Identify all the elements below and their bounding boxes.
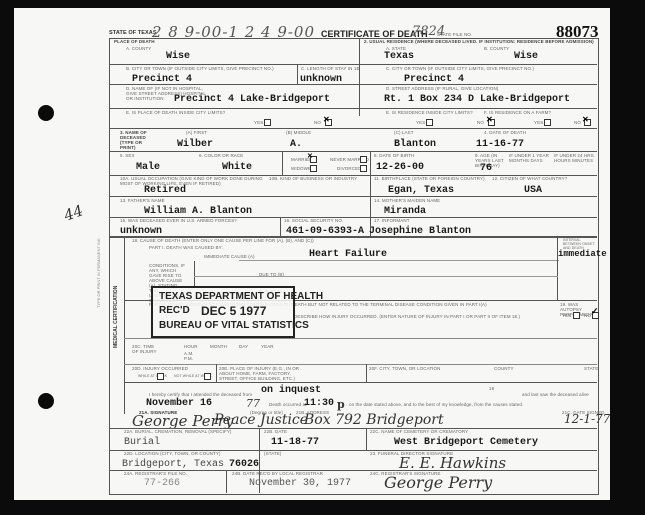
date-received-label: 24b. DATE REC'D BY LOCAL REGISTRAR bbox=[232, 471, 323, 476]
divider bbox=[109, 64, 359, 65]
citizen-value: USA bbox=[524, 185, 542, 196]
autopsy-yes-checkbox[interactable] bbox=[573, 312, 580, 319]
divider bbox=[109, 196, 597, 197]
date-of-birth-label: 8. DATE OF BIRTH bbox=[374, 153, 414, 158]
ampm-value: p bbox=[337, 398, 345, 411]
under-1-year-label: IF UNDER 1 YEAR Months Days bbox=[509, 153, 549, 163]
state-file-label: STATE FILE NO. bbox=[437, 32, 472, 37]
date-received-value: November 30, 1977 bbox=[249, 478, 351, 489]
day-label: Day bbox=[239, 344, 248, 349]
interval-value: immediate bbox=[558, 249, 607, 259]
last-saw-text: and last saw the deceased alive bbox=[522, 392, 589, 397]
location-label: 22d. LOCATION (City, town, or county) bbox=[124, 451, 221, 456]
birthplace-value: Egan, Texas bbox=[388, 185, 454, 196]
father-name-value: William A. Blanton bbox=[144, 206, 252, 217]
divider bbox=[359, 64, 597, 65]
burial-date-value: 11-18-77 bbox=[271, 437, 319, 448]
res-city-yes-checkbox[interactable] bbox=[426, 119, 433, 126]
underline bbox=[239, 260, 559, 261]
x-mark-icon: ✕ bbox=[582, 115, 589, 124]
divider bbox=[109, 84, 359, 85]
hour-label: Hour bbox=[184, 344, 198, 349]
middle-name-label: (b) Middle bbox=[286, 130, 311, 135]
industry-label: 10b. KIND OF BUSINESS OR INDUSTRY bbox=[269, 176, 357, 181]
place-of-death-label: PLACE OF DEATH bbox=[114, 39, 155, 44]
immediate-cause-label: IMMEDIATE CAUSE (a) bbox=[204, 254, 255, 259]
occupation-value: Retired bbox=[144, 185, 186, 196]
autopsy-no-label: NO bbox=[584, 313, 591, 318]
divorced-label: Divorced bbox=[337, 166, 362, 171]
cemetery-label: 22c. NAME OF CEMETERY OR CREMATORY bbox=[370, 429, 468, 434]
divider bbox=[124, 338, 597, 339]
armed-forces-label: 15. WAS DECEASED EVER IN U.S. ARMED FORC… bbox=[120, 218, 237, 223]
mother-name-label: 14. MOTHER'S MAIDEN NAME bbox=[374, 198, 440, 203]
knowledge-text: on the date stated above, and to the bes… bbox=[349, 402, 523, 407]
x-mark-icon: ✕ bbox=[486, 115, 493, 124]
farm-yes-checkbox[interactable] bbox=[544, 119, 551, 126]
death-certificate-page: STATE OF TEXAS 2 8 9-00-1 2 4 9-00 CERTI… bbox=[14, 8, 610, 500]
occupation-label: 10a. USUAL OCCUPATION (Give kind of work… bbox=[120, 176, 270, 186]
certify-text: I hereby certify that I attended the dec… bbox=[149, 392, 252, 397]
res-inside-city-label: e. IS RESIDENCE INSIDE CITY LIMITS? bbox=[386, 110, 473, 115]
cemetery-value: West Bridgeport Cemetery bbox=[394, 437, 538, 448]
res-farm-label: f. IS RESIDENCE ON A FARM? bbox=[484, 110, 551, 115]
first-name-label: (a) First bbox=[186, 130, 207, 135]
registrar-file-value: 77-266 bbox=[144, 478, 180, 489]
x-mark-icon: ✕ bbox=[307, 152, 313, 160]
margin-vertical-text: TYPE OR PRINT IN PERMANENT INK bbox=[96, 238, 101, 308]
medical-certification-label: MEDICAL CERTIFICATION bbox=[113, 286, 119, 348]
state-of-texas-label: STATE OF TEXAS bbox=[109, 30, 157, 36]
place-of-injury-label: 20e. PLACE OF INJURY (e.g., in or about … bbox=[219, 366, 309, 381]
divider bbox=[359, 84, 597, 85]
res-county-value: Wise bbox=[514, 51, 538, 62]
divider bbox=[282, 151, 283, 175]
stamp-date: DEC 5 1977 bbox=[201, 304, 266, 318]
attended-from-value: on inquest bbox=[261, 385, 321, 396]
physician-title: Peace Justice bbox=[214, 412, 308, 428]
usual-residence-label: 2. USUAL RESIDENCE (Where deceased lived… bbox=[364, 39, 594, 44]
res-city-yes-label: YES bbox=[416, 120, 425, 125]
registrar-signature: George Perry bbox=[384, 473, 492, 492]
burial-label: 22a. BURIAL, CREMATION, REMOVAL (Specify… bbox=[124, 429, 232, 434]
received-stamp: TEXAS DEPARTMENT OF HEALTH REC'D DEC 5 1… bbox=[151, 286, 295, 338]
last-name-value: Blanton bbox=[394, 139, 436, 150]
res-state-value: Texas bbox=[384, 51, 414, 62]
immediate-cause-value: Heart Failure bbox=[309, 249, 387, 260]
date-signed-value: 12-1-77 bbox=[564, 412, 610, 426]
first-name-value: Wilber bbox=[177, 139, 213, 150]
place-county-value: Wise bbox=[166, 51, 190, 62]
name-of-deceased-label: 3. NAME OF DECEASED (Type or print) bbox=[120, 130, 150, 150]
farm-no-checkbox[interactable]: ✕ bbox=[584, 119, 591, 126]
injury-city-label: 20f. CITY, TOWN, OR LOCATION bbox=[369, 366, 440, 371]
physician-address: Box 792 Bridgeport bbox=[304, 412, 444, 428]
res-street-value: Rt. 1 Box 234 D Lake-Bridgeport bbox=[384, 94, 570, 105]
date-of-birth-value: 12-26-00 bbox=[376, 162, 424, 173]
citizen-label: 12. CITIZEN OF WHAT COUNTRY? bbox=[492, 176, 567, 181]
divider bbox=[366, 428, 367, 450]
zip-value: 76026 bbox=[229, 459, 259, 470]
city-label: b. CITY OR TOWN (If outside city limits,… bbox=[126, 66, 274, 71]
margin-handwritten-mark: 44 bbox=[61, 201, 85, 224]
res-county-label: b. COUNTY bbox=[484, 46, 509, 51]
sex-label: 5. SEX bbox=[120, 153, 135, 158]
divorced-checkbox[interactable] bbox=[360, 165, 367, 172]
injury-description-label: DESCRIBE HOW INJURY OCCURRED. (Enter nat… bbox=[294, 314, 520, 319]
divider bbox=[370, 151, 371, 175]
last-name-label: (c) Last bbox=[394, 130, 414, 135]
burial-value: Burial bbox=[124, 437, 160, 448]
date-of-death-value: 11-16-77 bbox=[476, 139, 524, 150]
under-24-hrs-label: IF UNDER 24 HRS. Hours Minutes bbox=[554, 153, 596, 163]
mother-name-value: Miranda bbox=[384, 206, 426, 217]
res-city-no-checkbox[interactable]: ✕ bbox=[488, 119, 495, 126]
check-mark-icon: ✓ bbox=[591, 306, 599, 317]
injury-state-label: STATE bbox=[584, 366, 598, 371]
race-label: 6. COLOR OR RACE bbox=[199, 153, 243, 158]
part1-label: PART I. DEATH WAS CAUSED BY: bbox=[149, 245, 223, 250]
informant-label: 17. INFORMANT bbox=[374, 218, 410, 223]
divider bbox=[194, 261, 195, 287]
birthplace-label: 11. BIRTHPLACE (State or foreign country… bbox=[374, 176, 485, 181]
year-label: Year bbox=[261, 344, 274, 349]
autopsy-no-checkbox[interactable]: ✓ bbox=[592, 312, 599, 319]
inside-city-no-checkbox[interactable]: ✕ bbox=[325, 119, 332, 126]
time-of-injury-label: 20c. TIME OF INJURY bbox=[132, 344, 162, 354]
am-pm-label: a.m. p.m. bbox=[184, 351, 194, 361]
age-value: 76 bbox=[480, 163, 492, 174]
punch-hole-bottom bbox=[38, 393, 54, 409]
divider bbox=[124, 364, 597, 365]
injury-occurred-label: 20d. INJURY OCCURRED bbox=[132, 366, 188, 371]
while-at-work-checkbox[interactable] bbox=[157, 373, 164, 380]
divider bbox=[109, 151, 597, 152]
divider bbox=[557, 236, 558, 300]
autopsy-yes-label: YES bbox=[562, 313, 571, 318]
divider bbox=[124, 382, 597, 383]
sex-value: Male bbox=[136, 162, 160, 173]
divider bbox=[216, 364, 217, 382]
nineteen-label: 19 bbox=[489, 386, 494, 391]
stamp-line-1: TEXAS DEPARTMENT OF HEALTH bbox=[159, 291, 323, 302]
injury-county-label: COUNTY bbox=[494, 366, 514, 371]
res-street-label: d. STREET ADDRESS (If rural, give locati… bbox=[386, 86, 498, 91]
x-mark-icon: ✕ bbox=[323, 115, 330, 124]
burial-date-label: 22b. DATE bbox=[264, 429, 287, 434]
inside-city-label: e. IS PLACE OF DEATH INSIDE CITY LIMITS? bbox=[126, 110, 225, 115]
date-of-death-label: 4. DATE OF DEATH bbox=[484, 130, 526, 135]
location-value: Bridgeport, Texas bbox=[122, 459, 224, 470]
divider bbox=[109, 128, 597, 129]
divider bbox=[280, 217, 281, 236]
divider bbox=[366, 364, 367, 382]
not-while-at-work-checkbox[interactable] bbox=[204, 373, 211, 380]
registrar-file-label: 24a. REGISTRAR'S FILE NO. bbox=[124, 471, 187, 476]
stamp-line-3: BUREAU OF VITAL STATISTICS bbox=[159, 320, 309, 331]
res-city-no-label: NO bbox=[477, 120, 484, 125]
res-city-label: c. CITY OR TOWN (If outside city limits,… bbox=[386, 66, 534, 71]
divider bbox=[124, 236, 125, 414]
year-value: 77 bbox=[246, 397, 260, 410]
inside-city-yes-checkbox[interactable] bbox=[264, 119, 271, 126]
divider bbox=[226, 470, 227, 493]
married-checkbox[interactable]: ✕ bbox=[310, 156, 317, 163]
ssn-label: 16. SOCIAL SECURITY NO. bbox=[284, 218, 343, 223]
cause-of-death-label: 18. CAUSE OF DEATH (Enter only one cause… bbox=[132, 238, 314, 243]
farm-no-label: NO bbox=[574, 120, 581, 125]
farm-yes-label: YES bbox=[534, 120, 543, 125]
widowed-checkbox[interactable] bbox=[310, 165, 317, 172]
month-day-value: November 16 bbox=[146, 398, 212, 409]
never-married-checkbox[interactable] bbox=[360, 156, 367, 163]
length-of-stay-label: c. LENGTH OF STAY IN 1b bbox=[301, 66, 360, 71]
underline bbox=[194, 276, 558, 277]
county-label: a. COUNTY bbox=[126, 46, 151, 51]
inside-city-yes-label: YES bbox=[254, 120, 263, 125]
location-state-label: (State) bbox=[264, 451, 282, 456]
divider bbox=[297, 64, 298, 84]
father-name-label: 13. FATHER'S NAME bbox=[120, 198, 165, 203]
time-of-death-value: 11:30 bbox=[304, 398, 334, 409]
institution-value: Precinct 4 Lake-Bridgeport bbox=[174, 94, 330, 105]
middle-name-value: A. bbox=[290, 139, 302, 150]
divider bbox=[109, 108, 597, 109]
punch-hole-top bbox=[38, 105, 54, 121]
race-value: White bbox=[222, 162, 252, 173]
column-divider bbox=[359, 38, 360, 116]
stamp-received-label: REC'D bbox=[159, 305, 190, 316]
death-occurred-label: Death occurred at bbox=[269, 402, 306, 407]
inside-city-no-label: NO bbox=[314, 120, 321, 125]
month-label: Month bbox=[210, 344, 227, 349]
